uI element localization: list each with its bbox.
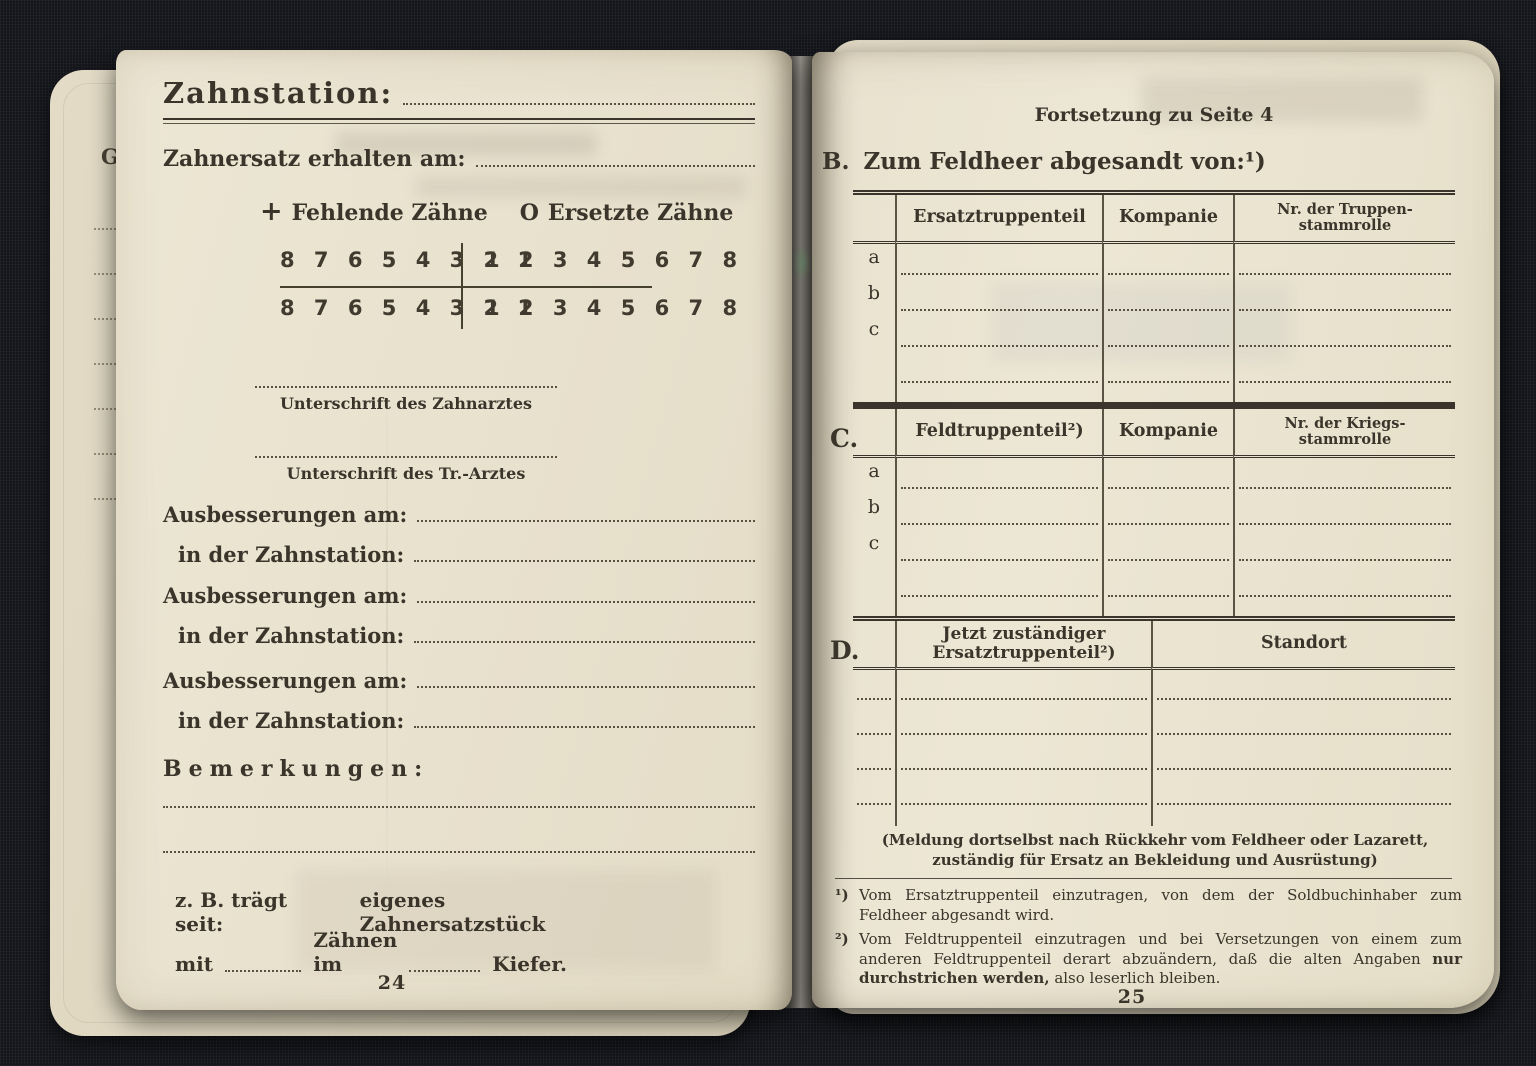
repairs-station-label: in der Zahnstation: <box>178 623 414 648</box>
repairs-date-row: Ausbesserungen am: <box>163 502 755 527</box>
table-b-spacer <box>853 388 895 402</box>
report-note: (Meldung dortselbst nach Rückkehr vom Fe… <box>870 830 1440 871</box>
lower-right-quadrant: 1 2 3 4 5 6 7 8 <box>485 296 743 320</box>
remarks-dotted-line <box>163 851 755 853</box>
table-b-cell <box>1102 244 1233 280</box>
footnote-1-text: Vom Ersatztruppenteil einzutragen, von d… <box>859 886 1462 925</box>
troop-doctor-signature-line <box>255 456 557 458</box>
troop-doctor-signature-caption: Unterschrift des Tr.-Arztes <box>225 464 587 483</box>
table-d-cell <box>1151 740 1455 775</box>
col-roll-line2: stammrolle <box>1299 431 1392 448</box>
table-c-row-label: b <box>853 494 895 530</box>
table-d-cell <box>895 705 1151 740</box>
legend-missing-label: Fehlende Zähne <box>292 200 488 226</box>
footnote-2-text-start: Vom Feldtruppenteil einzutragen und bei … <box>859 930 1462 968</box>
table-c-cell <box>1102 566 1233 602</box>
col-roll-line1: Nr. der Kriegs- <box>1284 415 1405 432</box>
table-c-cell <box>1233 494 1455 530</box>
repairs-station-row: in der Zahnstation: <box>178 623 755 648</box>
repairs-date-label: Ausbesserungen am: <box>163 502 417 527</box>
example-word-jaw: Kiefer. <box>492 952 567 976</box>
repairs-station-label: in der Zahnstation: <box>178 542 414 567</box>
fill-in-dotted-line <box>417 601 755 603</box>
table-c-cell <box>895 494 1102 530</box>
page-number-24: 24 <box>312 972 472 994</box>
footnote-2-marker: ²) <box>835 930 859 989</box>
section-b-heading-text: Zum Feldheer abgesandt von:¹) <box>863 148 1265 175</box>
table-c-row-label <box>853 566 895 602</box>
table-b-col-unit: Ersatztruppenteil <box>895 195 1102 244</box>
table-d-cell <box>895 740 1151 775</box>
table-b-cell <box>895 244 1102 280</box>
repairs-date-label: Ausbesserungen am: <box>163 583 417 608</box>
lower-left-quadrant: 8 7 6 5 4 3 2 1 <box>280 296 433 320</box>
bleed-through-smudge <box>416 176 746 198</box>
table-d-spacer <box>853 810 895 826</box>
table-b-col-roll: Nr. der Truppen- stammrolle <box>1233 195 1455 244</box>
table-b-cell <box>1233 352 1455 388</box>
photograph-of-soldbuch-spread: Ge Zahnstation: Zahnersatz erhalten am: … <box>0 0 1536 1066</box>
table-c-cell <box>895 566 1102 602</box>
tooth-chart-horizontal-line <box>280 286 652 288</box>
legend-missing-teeth: +Fehlende Zähne <box>260 200 488 226</box>
denture-received-row: Zahnersatz erhalten am: <box>163 146 755 172</box>
table-c-spacer <box>1102 602 1233 616</box>
table-b-cell <box>1233 244 1455 280</box>
left-page-24: Zahnstation: Zahnersatz erhalten am: +Fe… <box>116 50 792 1010</box>
table-c-spacer <box>1233 602 1455 616</box>
repairs-station-label: in der Zahnstation: <box>178 708 414 733</box>
table-b-row-label <box>853 352 895 388</box>
table-d-cell <box>895 775 1151 810</box>
fill-in-dotted-line <box>414 560 755 562</box>
fill-in-dotted-line <box>414 641 755 643</box>
tooth-chart-legend: +Fehlende Zähne OErsetzte Zähne <box>260 200 733 226</box>
table-b-cell <box>895 352 1102 388</box>
repairs-station-row: in der Zahnstation: <box>178 708 755 733</box>
table-c-field-unit: Feldtruppenteil²) Kompanie Nr. der Krieg… <box>853 404 1455 621</box>
table-b-spacer <box>895 388 1102 402</box>
circle-symbol: O <box>520 200 539 226</box>
section-b-letter: B. <box>822 148 849 175</box>
table-b-cell <box>1102 280 1233 316</box>
table-c-col-roll: Nr. der Kriegs- stammrolle <box>1233 409 1455 458</box>
table-d-col-unit: Jetzt zuständiger Ersatztruppenteil²) <box>895 621 1151 670</box>
table-d-col-location: Standort <box>1151 621 1455 670</box>
tooth-numbering-chart: 8 7 6 5 4 3 2 1 1 2 3 4 5 6 7 8 8 7 6 5 … <box>280 240 652 336</box>
footnote-1-marker: ¹) <box>835 886 859 925</box>
fill-in-dotted-line <box>414 726 755 728</box>
upper-left-quadrant: 8 7 6 5 4 3 2 1 <box>280 248 433 272</box>
table-b-cell <box>1102 316 1233 352</box>
fill-in-dotted-line <box>417 520 755 522</box>
table-c-cell <box>1233 458 1455 494</box>
example-word-teeth: Zähnen im <box>313 928 397 976</box>
legend-replaced-teeth: OErsetzte Zähne <box>520 200 734 226</box>
col-roll-line1: Nr. der Truppen- <box>1277 201 1413 218</box>
table-d-cell <box>1151 775 1455 810</box>
table-d-row-label <box>853 705 895 740</box>
title-underline-rule <box>163 118 755 124</box>
dental-station-label: Zahnstation: <box>163 76 403 110</box>
table-b-col-company: Kompanie <box>1102 195 1233 244</box>
denture-example-row-2: mit Zähnen im Kiefer. <box>175 928 567 976</box>
repairs-date-row: Ausbesserungen am: <box>163 668 755 693</box>
fill-in-dotted-line <box>225 970 301 972</box>
table-d-spacer <box>895 810 1151 826</box>
table-c-spacer <box>895 602 1102 616</box>
footnote-1: ¹) Vom Ersatztruppenteil einzutragen, vo… <box>835 886 1462 925</box>
footnote-2-text: Vom Feldtruppenteil einzutragen und bei … <box>859 930 1462 989</box>
dentist-signature-caption: Unterschrift des Zahnarztes <box>225 394 587 413</box>
section-b-heading: B.Zum Feldheer abgesandt von:¹) <box>822 148 1266 175</box>
repairs-date-label: Ausbesserungen am: <box>163 668 417 693</box>
table-c-spacer <box>853 602 895 616</box>
table-c-row-label: c <box>853 530 895 566</box>
table-d-spacer <box>1151 810 1455 826</box>
table-d-label-column-header <box>853 621 895 670</box>
table-b-spacer <box>1233 388 1455 402</box>
table-d-current-unit: Jetzt zuständiger Ersatztruppenteil²) St… <box>853 616 1455 826</box>
footnote-2-text-end: also leserlich bleiben. <box>1050 969 1221 987</box>
table-b-spacer <box>1102 388 1233 402</box>
plus-symbol: + <box>260 201 283 223</box>
upper-right-quadrant: 1 2 3 4 5 6 7 8 <box>485 248 743 272</box>
table-d-cell <box>1151 705 1455 740</box>
denture-received-label: Zahnersatz erhalten am: <box>163 146 476 172</box>
remarks-dotted-line <box>163 806 755 808</box>
table-c-col-company: Kompanie <box>1102 409 1233 458</box>
table-c-cell <box>1233 566 1455 602</box>
table-b-row-label: c <box>853 316 895 352</box>
table-d-row-label <box>853 670 895 705</box>
dentist-signature-line <box>255 386 557 388</box>
table-b-row-label: b <box>853 280 895 316</box>
footnote-divider-rule <box>835 878 1452 879</box>
table-d-cell <box>895 670 1151 705</box>
table-b-replacement-unit: Ersatztruppenteil Kompanie Nr. der Trupp… <box>853 190 1455 407</box>
table-c-cell <box>895 458 1102 494</box>
right-page-25: Fortsetzung zu Seite 4 B.Zum Feldheer ab… <box>812 52 1494 1008</box>
col-roll-line2: stammrolle <box>1299 217 1392 234</box>
table-b-row-label: a <box>853 244 895 280</box>
table-c-label-column-header <box>853 409 895 458</box>
green-stain <box>794 246 810 280</box>
table-c-cell <box>1102 530 1233 566</box>
table-b-cell <box>895 316 1102 352</box>
table-b-cell <box>1233 316 1455 352</box>
page-number-25: 25 <box>1052 986 1212 1008</box>
continuation-header: Fortsetzung zu Seite 4 <box>853 104 1455 126</box>
legend-replaced-label: Ersetzte Zähne <box>548 200 734 226</box>
table-b-cell <box>895 280 1102 316</box>
table-c-cell <box>895 530 1102 566</box>
fill-in-dotted-line <box>476 165 755 167</box>
fill-in-dotted-line <box>417 686 755 688</box>
example-word-mit: mit <box>175 952 213 976</box>
footnote-2: ²) Vom Feldtruppenteil einzutragen und b… <box>835 930 1462 989</box>
table-d-row-label <box>853 740 895 775</box>
fill-in-dotted-line <box>403 103 755 105</box>
table-c-cell <box>1102 494 1233 530</box>
table-b-cell <box>1102 352 1233 388</box>
remarks-label: Bemerkungen: <box>163 756 429 782</box>
repairs-date-row: Ausbesserungen am: <box>163 583 755 608</box>
table-b-cell <box>1233 280 1455 316</box>
table-c-row-label: a <box>853 458 895 494</box>
table-c-cell <box>1102 458 1233 494</box>
repairs-station-row: in der Zahnstation: <box>178 542 755 567</box>
dental-station-row: Zahnstation: <box>163 76 755 110</box>
table-c-col-unit: Feldtruppenteil²) <box>895 409 1102 458</box>
table-d-row-label <box>853 775 895 810</box>
table-c-cell <box>1233 530 1455 566</box>
table-d-cell <box>1151 670 1455 705</box>
table-b-label-column-header <box>853 195 895 244</box>
